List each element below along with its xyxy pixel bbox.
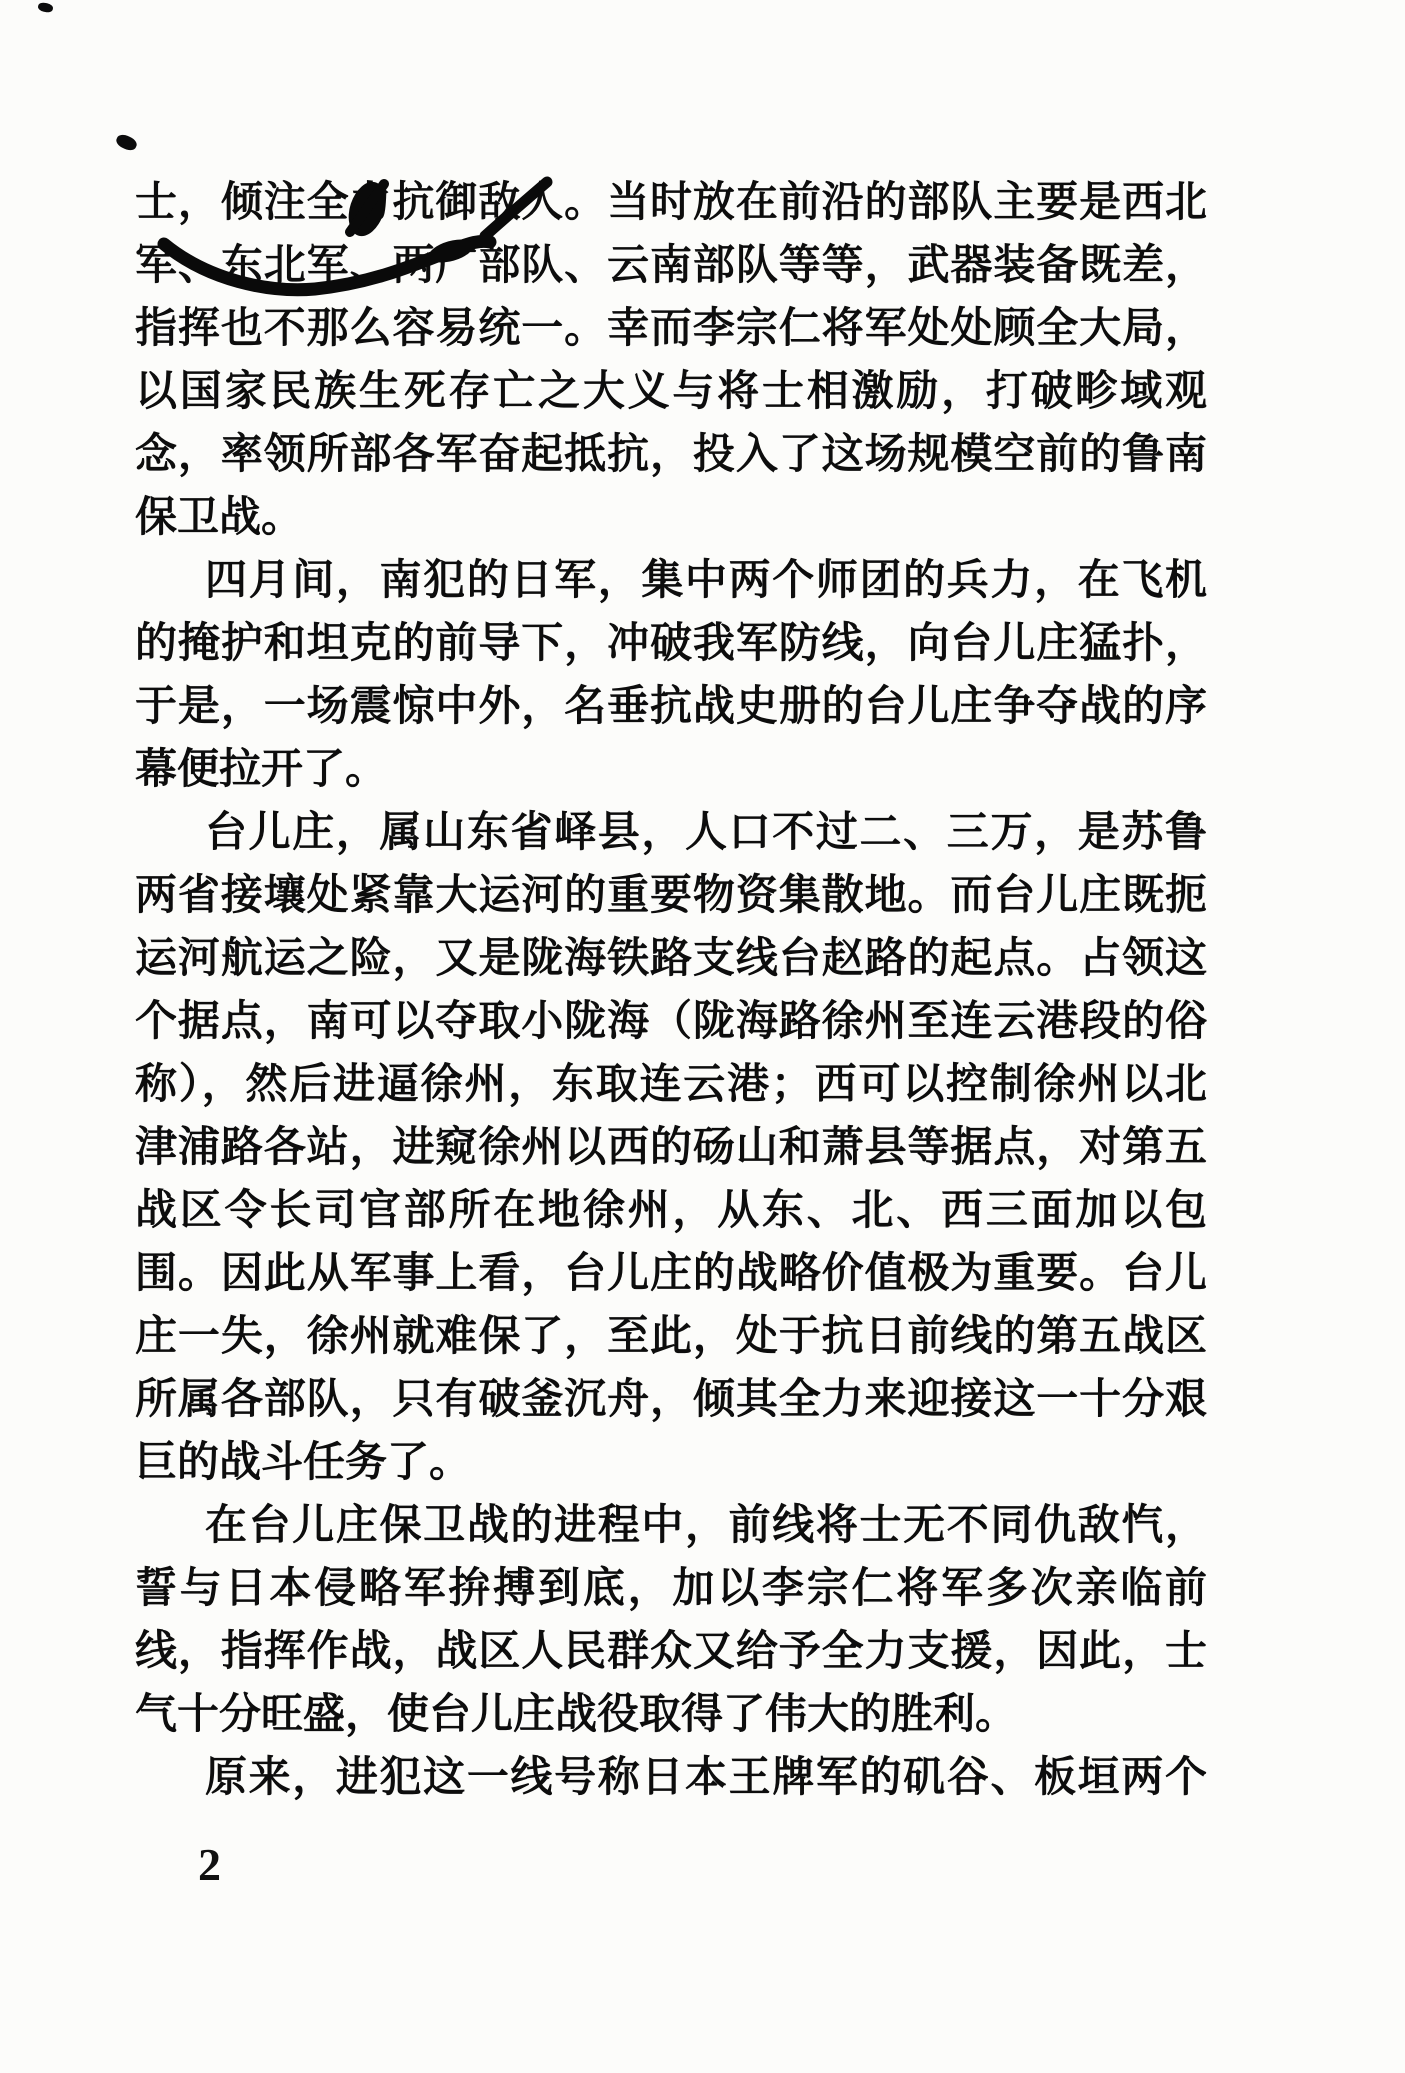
text-line: 于是，一场震惊中外，名垂抗战史册的台儿庄争夺战的序 bbox=[135, 676, 1207, 739]
text-line: 台儿庄，属山东省峄县，人口不过二、三万，是苏鲁 bbox=[135, 802, 1207, 865]
text-line: 幕便拉开了。 bbox=[135, 739, 1207, 802]
text-line: 的掩护和坦克的前导下，冲破我军防线，向台儿庄猛扑， bbox=[135, 613, 1207, 676]
text-line: 围。因此从军事上看，台儿庄的战略价值极为重要。台儿 bbox=[135, 1243, 1207, 1306]
text-line: 所属各部队，只有破釜沉舟，倾其全力来迎接这一十分艰 bbox=[135, 1369, 1207, 1432]
text-line: 保卫战。 bbox=[135, 487, 1207, 550]
text-line: 军、东北军、两广部队、云南部队等等，武器装备既差， bbox=[135, 235, 1207, 298]
text-line: 巨的战斗任务了。 bbox=[135, 1432, 1207, 1495]
scan-speck bbox=[37, 2, 54, 14]
text-line: 气十分旺盛，使台儿庄战役取得了伟大的胜利。 bbox=[135, 1684, 1207, 1747]
text-line: 两省接壤处紧靠大运河的重要物资集散地。而台儿庄既扼 bbox=[135, 865, 1207, 928]
text-line: 以国家民族生死存亡之大义与将士相激励，打破畛域观 bbox=[135, 361, 1207, 424]
scan-speck bbox=[114, 132, 138, 152]
scanned-book-page: 士，倾注全力抗御敌人。当时放在前沿的部队主要是西北 军、东北军、两广部队、云南部… bbox=[0, 0, 1405, 2073]
text-block: 士，倾注全力抗御敌人。当时放在前沿的部队主要是西北 军、东北军、两广部队、云南部… bbox=[135, 172, 1207, 1810]
text-line: 四月间，南犯的日军，集中两个师团的兵力，在飞机 bbox=[135, 550, 1207, 613]
text-line: 运河航运之险，又是陇海铁路支线台赵路的起点。占领这 bbox=[135, 928, 1207, 991]
text-line: 士，倾注全力抗御敌人。当时放在前沿的部队主要是西北 bbox=[135, 172, 1207, 235]
text-line: 指挥也不那么容易统一。幸而李宗仁将军处处顾全大局， bbox=[135, 298, 1207, 361]
text-line: 战区令长司官部所在地徐州，从东、北、西三面加以包 bbox=[135, 1180, 1207, 1243]
text-line: 线，指挥作战，战区人民群众又给予全力支援，因此，士 bbox=[135, 1621, 1207, 1684]
text-line: 念，率领所部各军奋起抵抗，投入了这场规模空前的鲁南 bbox=[135, 424, 1207, 487]
text-line: 原来，进犯这一线号称日本王牌军的矶谷、板垣两个 bbox=[135, 1747, 1207, 1810]
text-line: 誓与日本侵略军拚搏到底，加以李宗仁将军多次亲临前 bbox=[135, 1558, 1207, 1621]
text-line: 个据点，南可以夺取小陇海（陇海路徐州至连云港段的俗 bbox=[135, 991, 1207, 1054]
text-line: 称），然后进逼徐州，东取连云港；西可以控制徐州以北 bbox=[135, 1054, 1207, 1117]
text-line: 庄一失，徐州就难保了，至此，处于抗日前线的第五战区 bbox=[135, 1306, 1207, 1369]
page-number: 2 bbox=[198, 1838, 221, 1891]
text-line: 在台儿庄保卫战的进程中，前线将士无不同仇敌忾， bbox=[135, 1495, 1207, 1558]
text-line: 津浦路各站，进窥徐州以西的砀山和萧县等据点，对第五 bbox=[135, 1117, 1207, 1180]
